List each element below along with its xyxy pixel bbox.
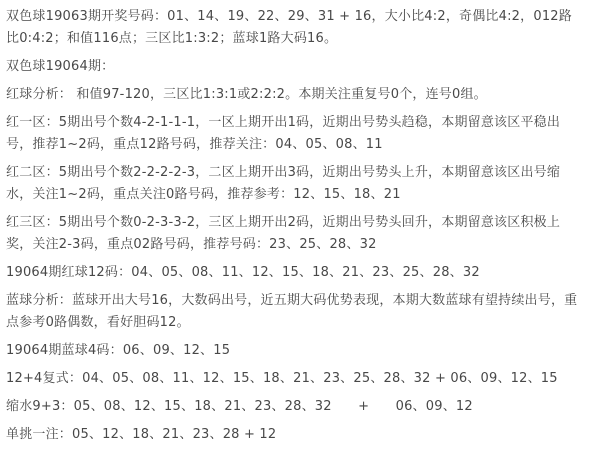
paragraph-single-bet: 单挑一注：05、12、18、21、23、28 + 12	[6, 424, 582, 446]
paragraph-blue-ball-analysis: 蓝球分析：蓝球开出大号16，大数码出号，近五期大码优势表现，本期大数蓝球有望持续…	[6, 290, 582, 334]
paragraph-complex-12-plus-4: 12+4复式：04、05、08、11、12、15、18、21、23、25、28、…	[6, 368, 582, 390]
paragraph-prev-draw-result: 双色球19063期开奖号码：01、14、19、22、29、31 + 16，大小比…	[6, 6, 582, 50]
paragraph-red-zone-2: 红二区：5期出号个数2-2-2-2-3，二区上期开出3码，近期出号势头上升，本期…	[6, 162, 582, 206]
paragraph-red-ball-analysis: 红球分析： 和值97-120，三区比1:3:1或2:2:2。本期关注重复号0个，…	[6, 84, 582, 106]
page: { "colors": { "background": "#ffffff", "…	[0, 0, 590, 453]
paragraph-blue-4-picks: 19064期蓝球4码：06、09、12、15	[6, 340, 582, 362]
paragraph-red-zone-1: 红一区：5期出号个数4-2-1-1-1，一区上期开出1码，近期出号势头趋稳，本期…	[6, 112, 582, 156]
paragraph-shrink-9-plus-3: 缩水9+3：05、08、12、15、18、21、23、28、32 + 06、09…	[6, 396, 582, 418]
paragraph-red-12-picks: 19064期红球12码：04、05、08、11、12、15、18、21、23、2…	[6, 262, 582, 284]
paragraph-current-issue-heading: 双色球19064期：	[6, 56, 582, 78]
lottery-analysis-document: 双色球19063期开奖号码：01、14、19、22、29、31 + 16，大小比…	[0, 0, 590, 453]
paragraph-red-zone-3: 红三区：5期出号个数0-2-3-3-2，三区上期开出2码，近期出号势头回升，本期…	[6, 212, 582, 256]
